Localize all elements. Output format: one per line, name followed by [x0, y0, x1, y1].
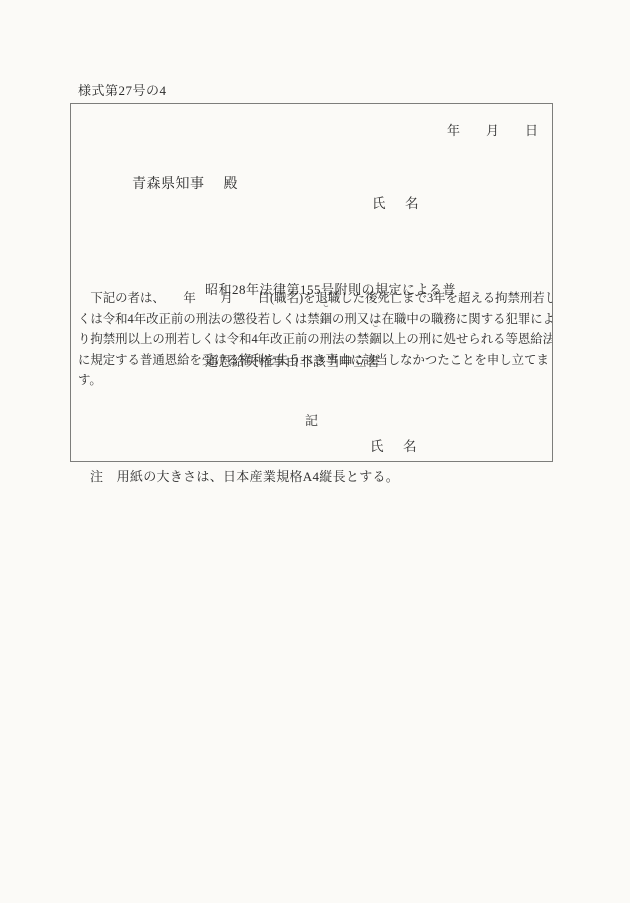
body-line: くは令和4年改正前の刑法の懲役若しくは禁こ錮の刑又は在職中の職務に関する犯罪によ	[78, 309, 550, 330]
body-paragraph: 下記の者は、 年 月 日(職名)を退職した後死亡まで3年を超える拘禁刑若しくは令…	[78, 288, 550, 391]
ruby-annotated-char: こ錮	[320, 309, 332, 330]
paper-size-note: 注 用紙の大きさは、日本産業規格A4縦長とする。	[90, 466, 399, 485]
document-page: 様式第27号の4 年 月 日 青森県知事殿 氏 名 昭和28年法律第155号附則…	[0, 0, 630, 903]
addressee: 青森県知事	[132, 177, 205, 192]
body-line: す。	[78, 370, 550, 391]
body-line: に規定する普通恩給を受ける権利を失うべき事由に該当しなかつたことを申し立てま	[78, 350, 550, 371]
ruby-annotated-char: こ錮	[369, 329, 381, 350]
body-line: り拘禁刑以上の刑若しくは令和4年改正前の刑法の禁こ錮以上の刑に処せられる等恩給法	[78, 329, 550, 350]
furigana: こ	[372, 321, 379, 328]
furigana: こ	[322, 301, 329, 308]
body-line: 下記の者は、 年 月 日(職名)を退職した後死亡まで3年を超える拘禁刑若し	[78, 288, 550, 309]
form-box: 年 月 日 青森県知事殿 氏 名 昭和28年法律第155号附則の規定による普 通…	[70, 103, 553, 462]
form-number: 様式第27号の4	[78, 80, 167, 99]
date-line: 年 月 日	[447, 120, 538, 139]
addressee-line: 青森県知事殿	[108, 157, 238, 209]
name-label-top: 氏 名	[372, 192, 422, 212]
record-label: 記	[71, 410, 552, 429]
addressee-honorific: 殿	[224, 177, 239, 192]
name-label-bottom: 氏 名	[370, 435, 420, 455]
